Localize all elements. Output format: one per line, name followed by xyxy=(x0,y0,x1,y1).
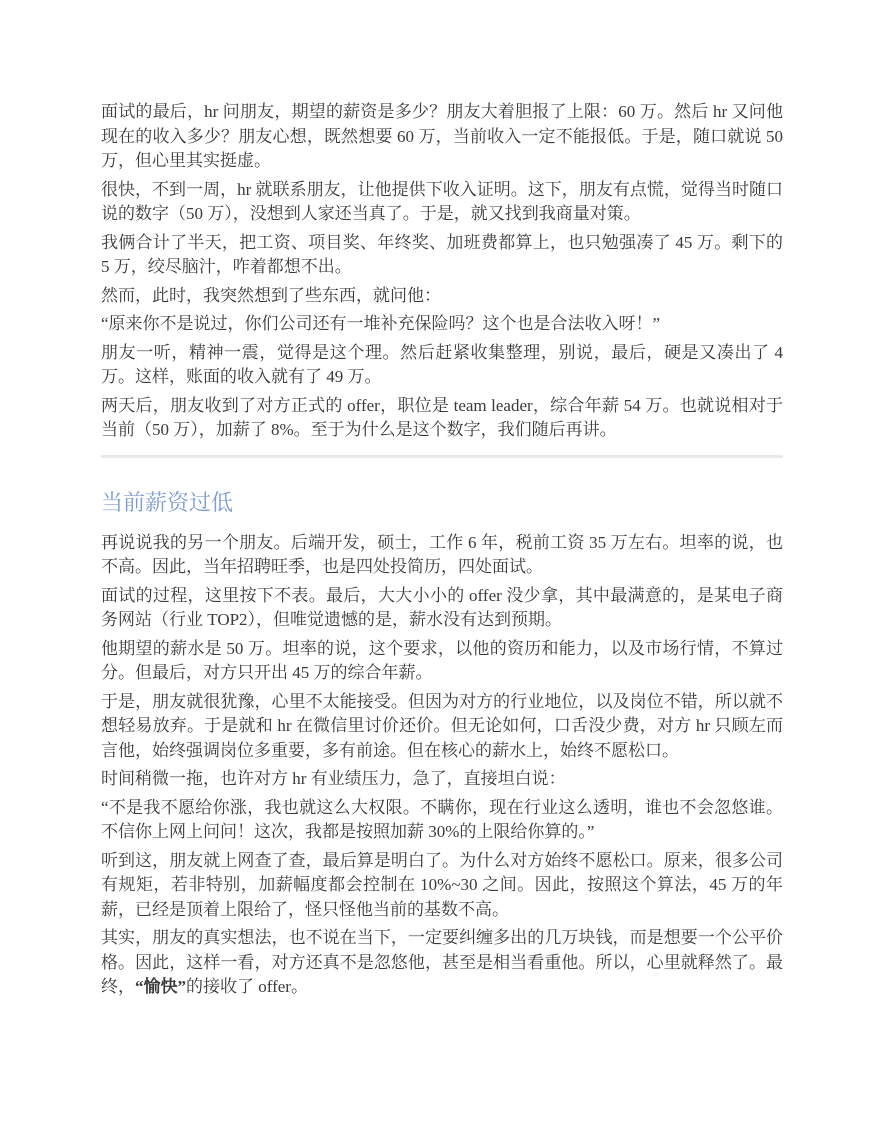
paragraph: 于是，朋友就很犹豫，心里不太能接受。但因为对方的行业地位，以及岗位不错，所以就不… xyxy=(101,690,783,764)
section-heading: 当前薪资过低 xyxy=(101,489,783,517)
closing-text-bold: “愉快” xyxy=(135,977,186,996)
paragraph: 面试的过程，这里按下不表。最后，大大小小的 offer 没少拿，其中最满意的，是… xyxy=(101,584,783,633)
paragraph: 很快，不到一周，hr 就联系朋友，让他提供下收入证明。这下，朋友有点慌，觉得当时… xyxy=(101,178,783,227)
paragraph-quote: “不是我不愿给你涨，我也就这么大权限。不瞒你，现在行业这么透明，谁也不会忽悠谁。… xyxy=(101,796,783,845)
article-page: 面试的最后，hr 问朋友，期望的薪资是多少？朋友大着胆报了上限：60 万。然后 … xyxy=(0,0,884,1144)
closing-text-post: 的接收了 offer。 xyxy=(186,977,308,996)
paragraph: 听到这，朋友就上网查了查，最后算是明白了。为什么对方始终不愿松口。原来，很多公司… xyxy=(101,849,783,923)
section-divider xyxy=(101,455,783,458)
paragraph: 时间稍微一拖，也许对方 hr 有业绩压力，急了，直接坦白说： xyxy=(101,767,783,792)
article-section-offer-story: 面试的最后，hr 问朋友，期望的薪资是多少？朋友大着胆报了上限：60 万。然后 … xyxy=(101,100,783,443)
article-section-low-salary: 再说说我的另一个朋友。后端开发，硕士，工作 6 年，税前工资 35 万左右。坦率… xyxy=(101,531,783,1000)
paragraph: 朋友一听，精神一震，觉得是这个理。然后赶紧收集整理，别说，最后，硬是又凑出了 4… xyxy=(101,341,783,390)
article-body: 面试的最后，hr 问朋友，期望的薪资是多少？朋友大着胆报了上限：60 万。然后 … xyxy=(101,100,783,1000)
paragraph: 再说说我的另一个朋友。后端开发，硕士，工作 6 年，税前工资 35 万左右。坦率… xyxy=(101,531,783,580)
paragraph: 他期望的薪水是 50 万。坦率的说，这个要求，以他的资历和能力，以及市场行情，不… xyxy=(101,637,783,686)
paragraph-quote: “原来你不是说过，你们公司还有一堆补充保险吗？这个也是合法收入呀！” xyxy=(101,312,783,337)
paragraph: 然而，此时，我突然想到了些东西，就问他： xyxy=(101,284,783,309)
paragraph-closing: 其实，朋友的真实想法，也不说在当下，一定要纠缠多出的几万块钱，而是想要一个公平价… xyxy=(101,926,783,1000)
paragraph: 我俩合计了半天，把工资、项目奖、年终奖、加班费都算上，也只勉强凑了 45 万。剩… xyxy=(101,231,783,280)
paragraph: 两天后，朋友收到了对方正式的 offer，职位是 team leader，综合年… xyxy=(101,394,783,443)
paragraph: 面试的最后，hr 问朋友，期望的薪资是多少？朋友大着胆报了上限：60 万。然后 … xyxy=(101,100,783,174)
